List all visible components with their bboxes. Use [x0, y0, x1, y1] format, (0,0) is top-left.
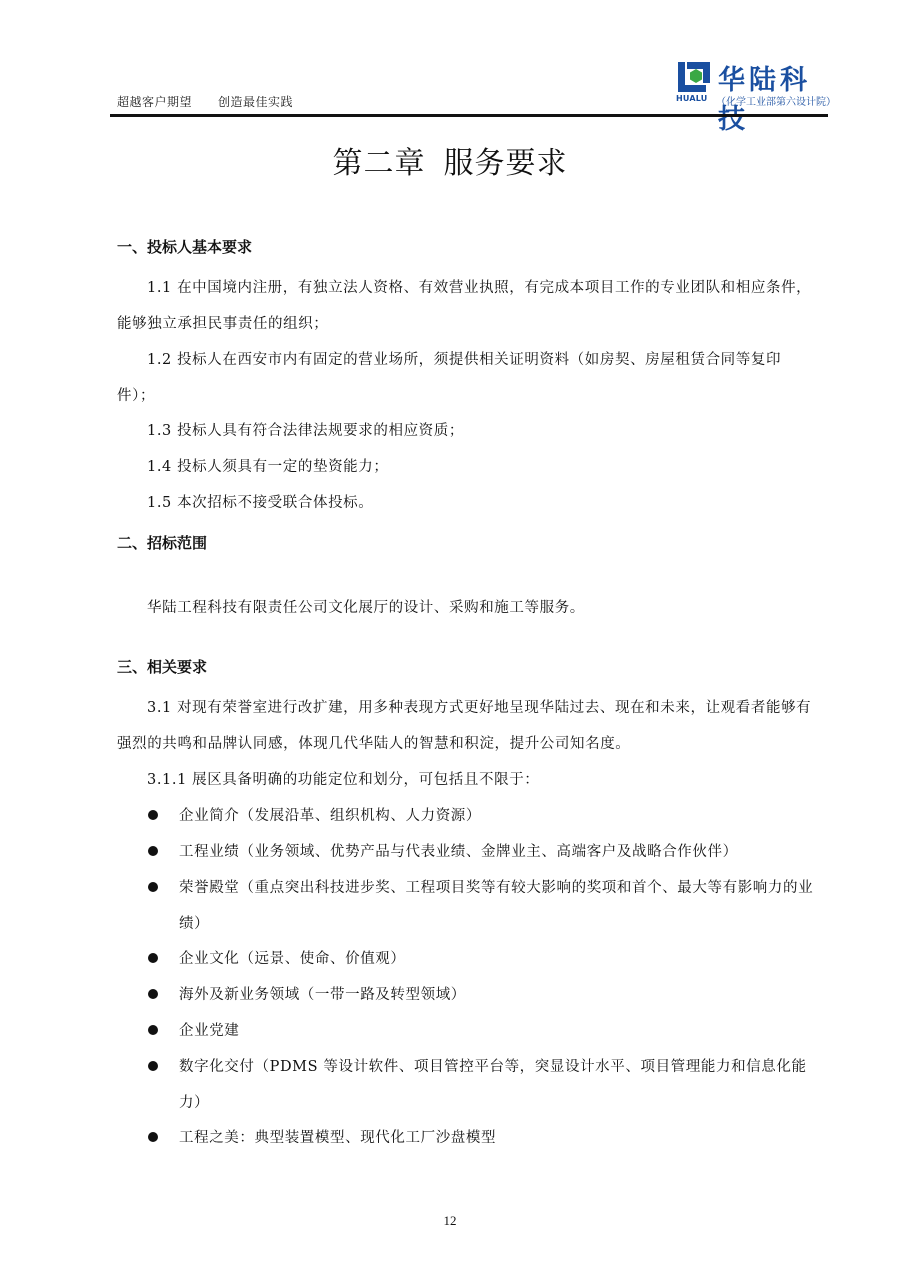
chapter-number: 第二章: [333, 146, 426, 181]
chapter-title: 第二章服务要求: [0, 138, 900, 182]
list-item: 企业简介（发展沿革、组织机构、人力资源）: [148, 798, 828, 834]
section-heading-scope: 二、招标范围: [117, 532, 207, 553]
list-item: 工程业绩（业务领域、优势产品与代表业绩、金牌业主、高端客户及战略合作伙伴）: [148, 834, 828, 870]
list-item-text: 海外及新业务领域（一带一路及转型领域）: [179, 987, 466, 1003]
page-number: 12: [0, 1213, 900, 1229]
section-heading-related-requirements: 三、相关要求: [117, 656, 207, 677]
header-divider: [110, 114, 828, 117]
paragraph-3-1-1: 3.1.1 展区具备明确的功能定位和划分，可包括且不限于：: [117, 762, 817, 798]
paragraph-3-1: 3.1 对现有荣誉室进行改扩建，用多种表现方式更好地呈现华陆过去、现在和未来，让…: [117, 690, 817, 762]
list-item-text: 工程业绩（业务领域、优势产品与代表业绩、金牌业主、高端客户及战略合作伙伴）: [179, 844, 738, 860]
list-item: 工程之美：典型装置模型、现代化工厂沙盘模型: [148, 1120, 828, 1156]
chapter-name: 服务要求: [444, 146, 568, 181]
slogan-left: 超越客户期望: [117, 95, 192, 109]
hualu-logo-icon: [676, 60, 712, 94]
bullet-icon: [148, 1061, 158, 1071]
paragraph-scope: 华陆工程科技有限责任公司文化展厅的设计、采购和施工等服务。: [117, 590, 817, 626]
bullet-icon: [148, 953, 158, 963]
logo-subtitle: （化学工业部第六设计院）: [716, 93, 836, 108]
paragraph-1-5: 1.5 本次招标不接受联合体投标。: [117, 485, 817, 521]
paragraph-1-3: 1.3 投标人具有符合法律法规要求的相应资质；: [117, 413, 817, 449]
list-item-text: 荣誉殿堂（重点突出科技进步奖、工程项目奖等有较大影响的奖项和首个、最大等有影响力…: [179, 880, 813, 932]
list-item: 荣誉殿堂（重点突出科技进步奖、工程项目奖等有较大影响的奖项和首个、最大等有影响力…: [148, 870, 828, 942]
list-item-text: 企业党建: [179, 1023, 239, 1039]
list-item: 海外及新业务领域（一带一路及转型领域）: [148, 977, 828, 1013]
list-item: 企业文化（远景、使命、价值观）: [148, 941, 828, 977]
paragraph-1-2: 1.2 投标人在西安市内有固定的营业场所，须提供相关证明资料（如房契、房屋租赁合…: [117, 342, 817, 414]
bullet-icon: [148, 1132, 158, 1142]
logo-hualu-text: HUALU: [676, 94, 707, 103]
slogan-right: 创造最佳实践: [218, 95, 293, 109]
paragraph-1-1: 1.1 在中国境内注册，有独立法人资格、有效营业执照，有完成本项目工作的专业团队…: [117, 270, 817, 342]
company-logo: HUALU 华陆科技 （化学工业部第六设计院）: [676, 60, 836, 106]
bullet-icon: [148, 810, 158, 820]
list-item-text: 企业简介（发展沿革、组织机构、人力资源）: [179, 808, 481, 824]
list-item: 企业党建: [148, 1013, 828, 1049]
list-item-text: 企业文化（远景、使命、价值观）: [179, 951, 406, 967]
list-item-text: 数字化交付（PDMS 等设计软件、项目管控平台等，突显设计水平、项目管理能力和信…: [179, 1059, 807, 1111]
section-heading-bidder-requirements: 一、投标人基本要求: [117, 236, 252, 257]
paragraph-1-4: 1.4 投标人须具有一定的垫资能力；: [117, 449, 817, 485]
bullet-icon: [148, 846, 158, 856]
bullet-icon: [148, 1025, 158, 1035]
header-slogan: 超越客户期望创造最佳实践: [117, 93, 293, 110]
list-item: 数字化交付（PDMS 等设计软件、项目管控平台等，突显设计水平、项目管理能力和信…: [148, 1049, 828, 1121]
bullet-icon: [148, 882, 158, 892]
list-item-text: 工程之美：典型装置模型、现代化工厂沙盘模型: [179, 1130, 496, 1146]
bullet-icon: [148, 989, 158, 999]
